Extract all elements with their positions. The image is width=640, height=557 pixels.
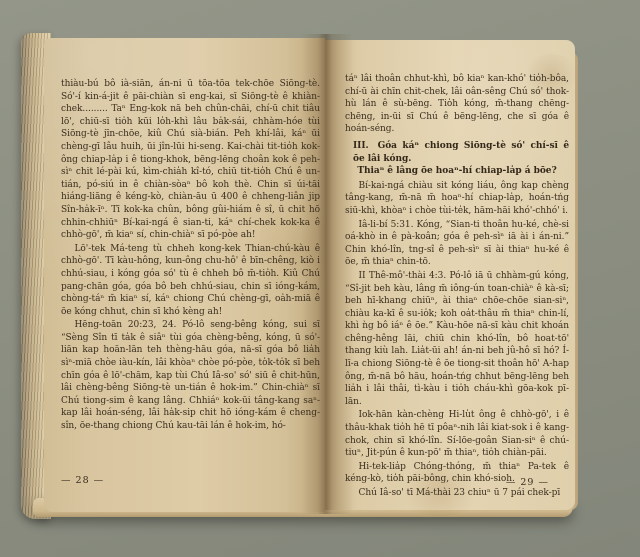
right-page: táⁿ lâi thoân chhut-khì, bô kiaⁿ kan-khó… — [325, 40, 575, 510]
paragraph: thiàu-bú bô ià-siān, án-ni ū tōa-tōa tek… — [61, 78, 320, 242]
section-heading-line2: Thiaⁿ ê lâng ōe hoaⁿ-hí chiap-la̍p á bōe… — [345, 165, 569, 178]
left-page-text: thiàu-bú bô ià-siān, án-ni ū tōa-tōa tek… — [61, 78, 320, 433]
right-page-text: táⁿ lâi thoân chhut-khì, bô kiaⁿ kan-khó… — [345, 73, 569, 500]
paragraph: Chú Iâ-so' tī Má-thài 23 chiuⁿ ū 7 pái c… — [345, 487, 569, 500]
section-heading-numeral: III. — [353, 140, 369, 153]
paragraph: Iok-hān kàn-chèng Hi-lu̍t ông ê chhò-gō'… — [345, 409, 569, 459]
book-photograph: thiàu-bú bô ià-siān, án-ni ū tōa-tōa tek… — [0, 0, 640, 557]
paragraph: Hēng-toān 20:23, 24. Pó-lô seng-bêng kón… — [61, 319, 320, 432]
section-heading: III.Góa káⁿ chiong Siōng-tè só' chí-sī ê… — [345, 140, 569, 178]
section-heading-line1: III.Góa káⁿ chiong Siōng-tè só' chí-sī ê… — [345, 140, 569, 165]
open-book: thiàu-bú bô ià-siān, án-ni ū tōa-tōa tek… — [0, 0, 640, 557]
paragraph: Lō'-tek Má-teng tù chheh kong-kek Thian-… — [61, 243, 320, 319]
paragraph: Iâ-li-bí 5:31. Kóng, “Sian-ti thoân hu-k… — [345, 219, 569, 269]
paragraph: II Thê-mô'-thài 4:3. Pó-lô iā ū chhàm-gú… — [345, 270, 569, 409]
paragraph: táⁿ lâi thoân chhut-khì, bô kiaⁿ kan-khó… — [345, 73, 569, 136]
page-number-left: — 28 — — [61, 475, 104, 486]
paragraph: Bí-kai-ngá chiàu sit kóng liáu, ông kap … — [345, 180, 569, 218]
left-page: thiàu-bú bô ià-siān, án-ni ū tōa-tōa tek… — [44, 38, 325, 512]
page-number-right: — 29 — — [506, 477, 549, 488]
section-heading-text: Góa káⁿ chiong Siōng-tè só' chí-sī ê ōe … — [353, 141, 569, 164]
